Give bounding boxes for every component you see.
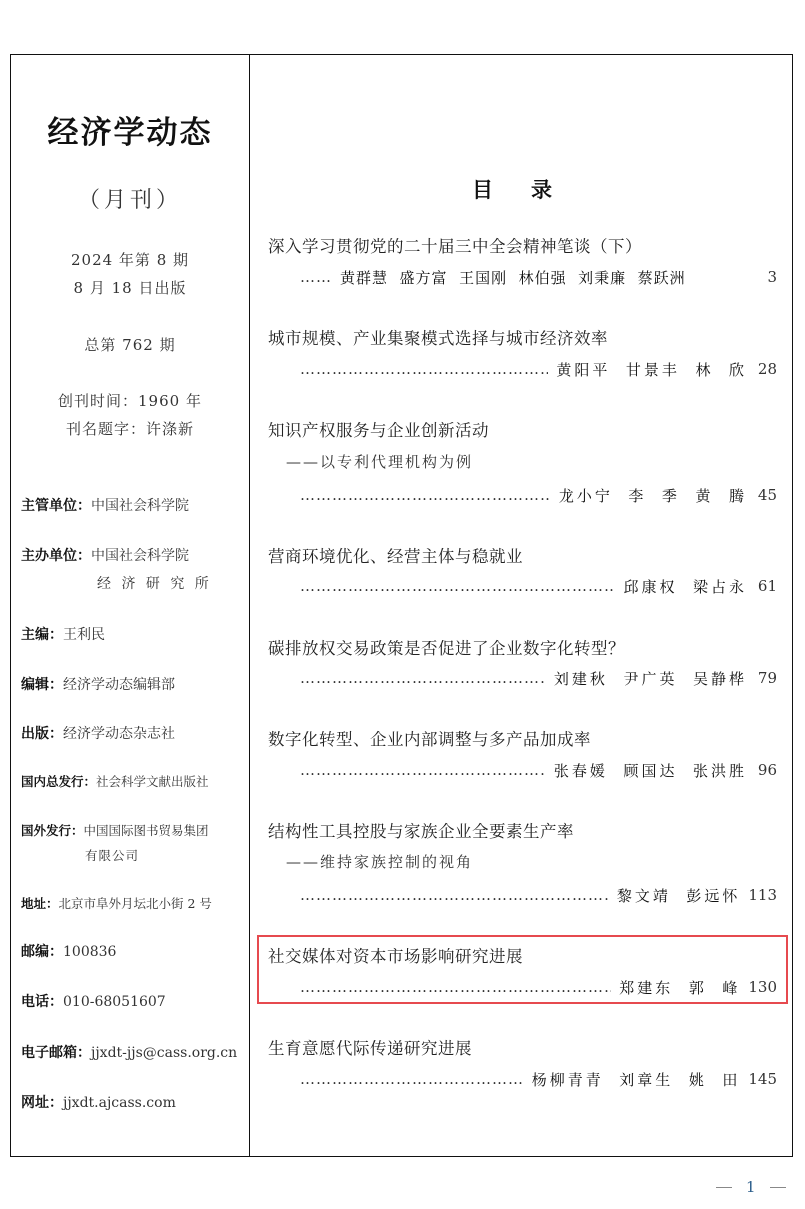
toc-entry-title[interactable]: 生育意愿代际传递研究进展 <box>268 1035 472 1059</box>
calligraphy-credit: 刊名题字：许涤新 <box>11 418 249 439</box>
toc-entry-title[interactable]: 结构性工具控股与家族企业全要素生产率 <box>268 818 574 842</box>
toc-heading: 目录 <box>472 174 590 204</box>
toc-entry-subtitle: ——以专利代理机构为例 <box>286 451 473 472</box>
toc-entry-page[interactable]: 45 <box>755 486 777 504</box>
masthead-postcode: 邮编：100836 <box>21 941 116 961</box>
toc-entry-authors: 邱康权 梁占永 <box>623 576 747 597</box>
page-folio: 1 <box>716 1178 786 1196</box>
toc-entry-byline: ………………………………………………… 杨柳青青 刘章生 姚 田 145 <box>300 1068 777 1090</box>
toc-entry-byline: ………………………………………………… 黄阳平 甘景丰 林 欣 28 <box>300 358 777 380</box>
journal-title: 经济学动态 <box>11 107 249 152</box>
masthead-sponsor-line2: 经 济 研 究 所 <box>97 573 212 593</box>
masthead-address: 地址：北京市阜外月坛北小街 2 号 <box>21 894 212 912</box>
masthead-overseas-distribution-line2: 有限公司 <box>85 846 139 864</box>
masthead-overseas-distribution: 国外发行：中国国际图书贸易集团 <box>21 821 209 839</box>
toc-entry-authors: 刘建秋 尹广英 吴静桦 <box>554 668 747 689</box>
toc-entry-authors: 杨柳青青 刘章生 姚 田 <box>532 1069 741 1090</box>
column-divider <box>249 54 250 1157</box>
folio-dash <box>716 1187 732 1188</box>
toc-entry-byline: ………………………………………………………… 黎文靖 彭远怀 113 <box>300 884 777 906</box>
toc-entry-authors: 黄阳平 甘景丰 林 欣 <box>556 359 747 380</box>
leader-dots: ………………………………………………… <box>300 1070 524 1088</box>
toc-entry-authors: 黎文靖 彭远怀 <box>617 885 741 906</box>
toc-entry-title[interactable]: 碳排放权交易政策是否促进了企业数字化转型？ <box>268 635 625 659</box>
toc-entry-byline: ………………………………………………………… 邱康权 梁占永 61 <box>300 575 777 597</box>
toc-entry-page[interactable]: 96 <box>755 761 777 779</box>
toc-entry-page[interactable]: 113 <box>748 886 777 904</box>
masthead-phone: 电话：010-68051607 <box>21 991 166 1011</box>
leader-dots: ………………………………………………… <box>300 486 551 504</box>
toc-entry-authors: 郑建东 郭 峰 <box>619 977 740 998</box>
masthead-editor-in-chief: 主编：王利民 <box>21 624 105 644</box>
masthead-sponsor: 主办单位：中国社会科学院 <box>21 545 189 565</box>
toc-entry-page[interactable]: 130 <box>748 978 777 996</box>
page-number: 1 <box>746 1178 756 1196</box>
toc-entry-page[interactable]: 3 <box>755 268 777 286</box>
masthead-email: 电子邮箱：jjxdt-jjs@cass.org.cn <box>21 1042 237 1062</box>
toc-entry-page[interactable]: 145 <box>748 1070 777 1088</box>
masthead-supervisor: 主管单位：中国社会科学院 <box>21 495 189 515</box>
masthead-editorial: 编辑：经济学动态编辑部 <box>21 674 175 694</box>
toc-entry-subtitle: ——维持家族控制的视角 <box>286 851 473 872</box>
leader-dots: …… <box>300 268 332 286</box>
toc-entry-byline: ………………………………………………… 龙小宁 李 季 黄 腾 45 <box>300 484 777 506</box>
toc-entry-byline: …… 黄群慧 盛方富 王国刚 林伯强 刘秉廉 蔡跃洲 3 <box>300 266 777 288</box>
toc-entry-page[interactable]: 28 <box>755 360 777 378</box>
founded-year: 创刊时间：1960 年 <box>11 390 249 411</box>
toc-entry-title[interactable]: 知识产权服务与企业创新活动 <box>268 417 489 441</box>
leader-dots: ………………………………………………………… <box>300 978 611 996</box>
toc-entry-byline: ………………………………………………… 张春媛 顾国达 张洪胜 96 <box>300 759 777 781</box>
publish-date: 8 月 18 日出版 <box>11 277 249 298</box>
toc-entry-authors: 龙小宁 李 季 黄 腾 <box>559 485 747 506</box>
frequency-label: （月刊） <box>11 183 249 214</box>
toc-entry-page[interactable]: 79 <box>755 669 777 687</box>
total-issue: 总第 762 期 <box>11 334 249 355</box>
leader-dots: ………………………………………………… <box>300 360 548 378</box>
toc-entry-title[interactable]: 数字化转型、企业内部调整与多产品加成率 <box>268 726 591 750</box>
masthead-domestic-distribution: 国内总发行：社会科学文献出版社 <box>21 772 209 790</box>
leader-dots: ………………………………………………… <box>300 761 546 779</box>
toc-entry-title[interactable]: 深入学习贯彻党的二十届三中全会精神笔谈（下） <box>268 233 642 257</box>
leader-dots: ………………………………………………………… <box>300 577 615 595</box>
masthead-website: 网址：jjxdt.ajcass.com <box>21 1092 176 1112</box>
toc-entry-title-highlighted[interactable]: 社交媒体对资本市场影响研究进展 <box>268 943 523 967</box>
issue-number: 2024 年第 8 期 <box>11 249 249 270</box>
toc-entry-title[interactable]: 城市规模、产业集聚模式选择与城市经济效率 <box>268 325 608 349</box>
masthead-publisher: 出版：经济学动态杂志社 <box>21 723 175 743</box>
toc-entry-title[interactable]: 营商环境优化、经营主体与稳就业 <box>268 543 523 567</box>
leader-dots: ………………………………………………… <box>300 669 546 687</box>
toc-entry-page[interactable]: 61 <box>755 577 777 595</box>
folio-dash <box>770 1187 786 1188</box>
toc-entry-byline: ………………………………………………………… 郑建东 郭 峰 130 <box>300 976 777 998</box>
toc-entry-authors: 张春媛 顾国达 张洪胜 <box>554 760 747 781</box>
leader-dots: ………………………………………………………… <box>300 886 609 904</box>
toc-entry-authors: 黄群慧 盛方富 王国刚 林伯强 刘秉廉 蔡跃洲 <box>340 267 747 288</box>
toc-entry-byline: ………………………………………………… 刘建秋 尹广英 吴静桦 79 <box>300 667 777 689</box>
